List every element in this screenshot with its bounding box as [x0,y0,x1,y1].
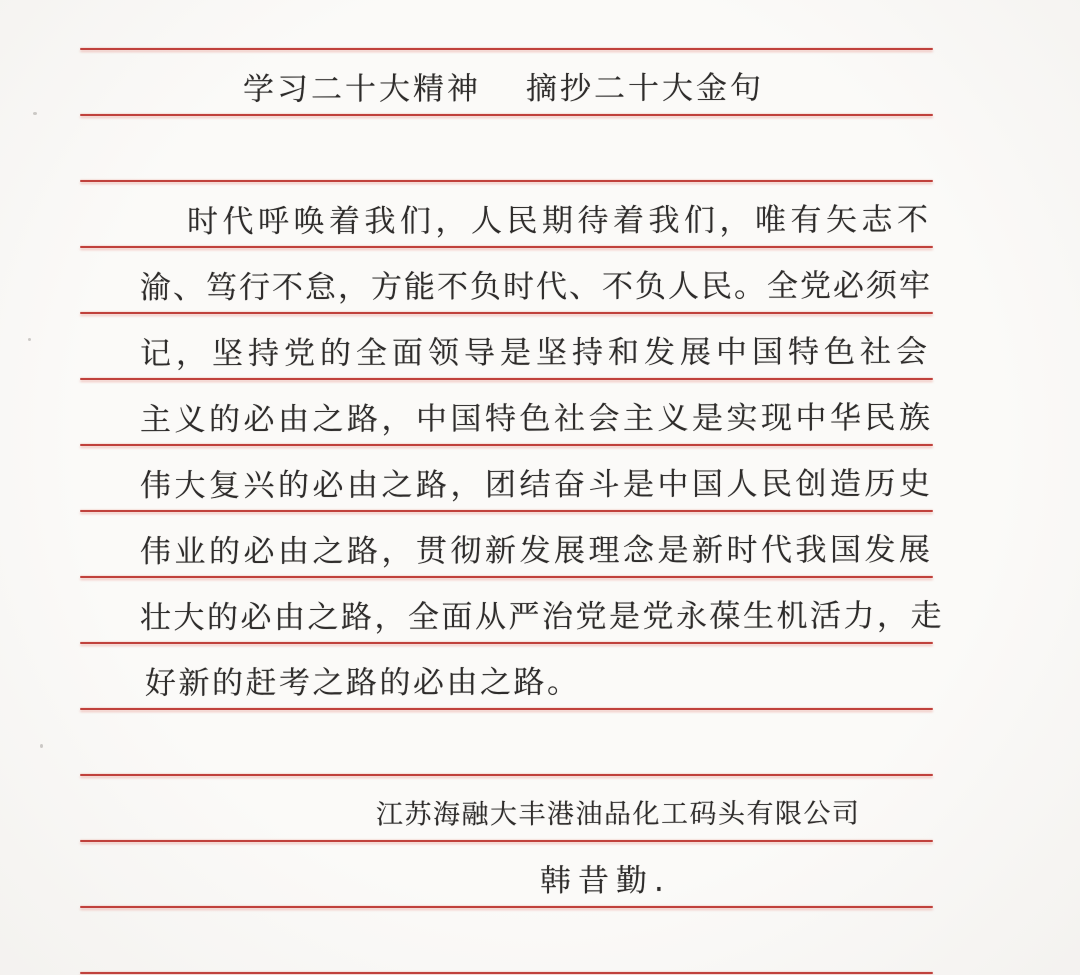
rule-line [80,180,933,182]
paper-speck [40,744,43,748]
rule-line [80,972,933,974]
rule-line [80,840,933,842]
handwritten-line: 壮大的必由之路，全面从严治党是党永葆生机活力，走 [140,591,944,643]
page-title: 学习二十大精神摘抄二十大金句 [243,63,764,114]
handwritten-line: 渝、笃行不怠，方能不负时代、不负人民。全党必须牢 [140,261,932,313]
notebook-page: 学习二十大精神摘抄二十大金句 时代呼唤着我们，人民期待着我们，唯有矢志不 渝、笃… [0,0,1080,975]
handwritten-line: 记，坚持党的全面领导是坚持和发展中国特色社会 [140,327,932,379]
paper-speck [33,112,37,115]
handwritten-line: 好新的赶考之路的必由之路。 [145,657,581,708]
signature-name: 韩昔勤. [540,856,671,906]
rule-line [80,48,933,50]
rule-line [80,114,933,116]
handwritten-line: 伟业的必由之路，贯彻新发展理念是新时代我国发展 [140,525,934,577]
handwritten-line: 时代呼唤着我们，人民期待着我们，唯有矢志不 [187,195,933,247]
rule-line [80,774,933,776]
rule-line [80,906,933,908]
paper-speck [28,338,31,341]
handwritten-line: 主义的必由之路，中国特色社会主义是实现中华民族 [140,393,934,445]
title-part-1: 学习二十大精神 [243,71,481,108]
signature-company: 江苏海融大丰港油品化工码头有限公司 [376,789,861,840]
title-part-2: 摘抄二十大金句 [526,70,764,107]
handwritten-line: 伟大复兴的必由之路，团结奋斗是中国人民创造历史 [140,459,934,511]
